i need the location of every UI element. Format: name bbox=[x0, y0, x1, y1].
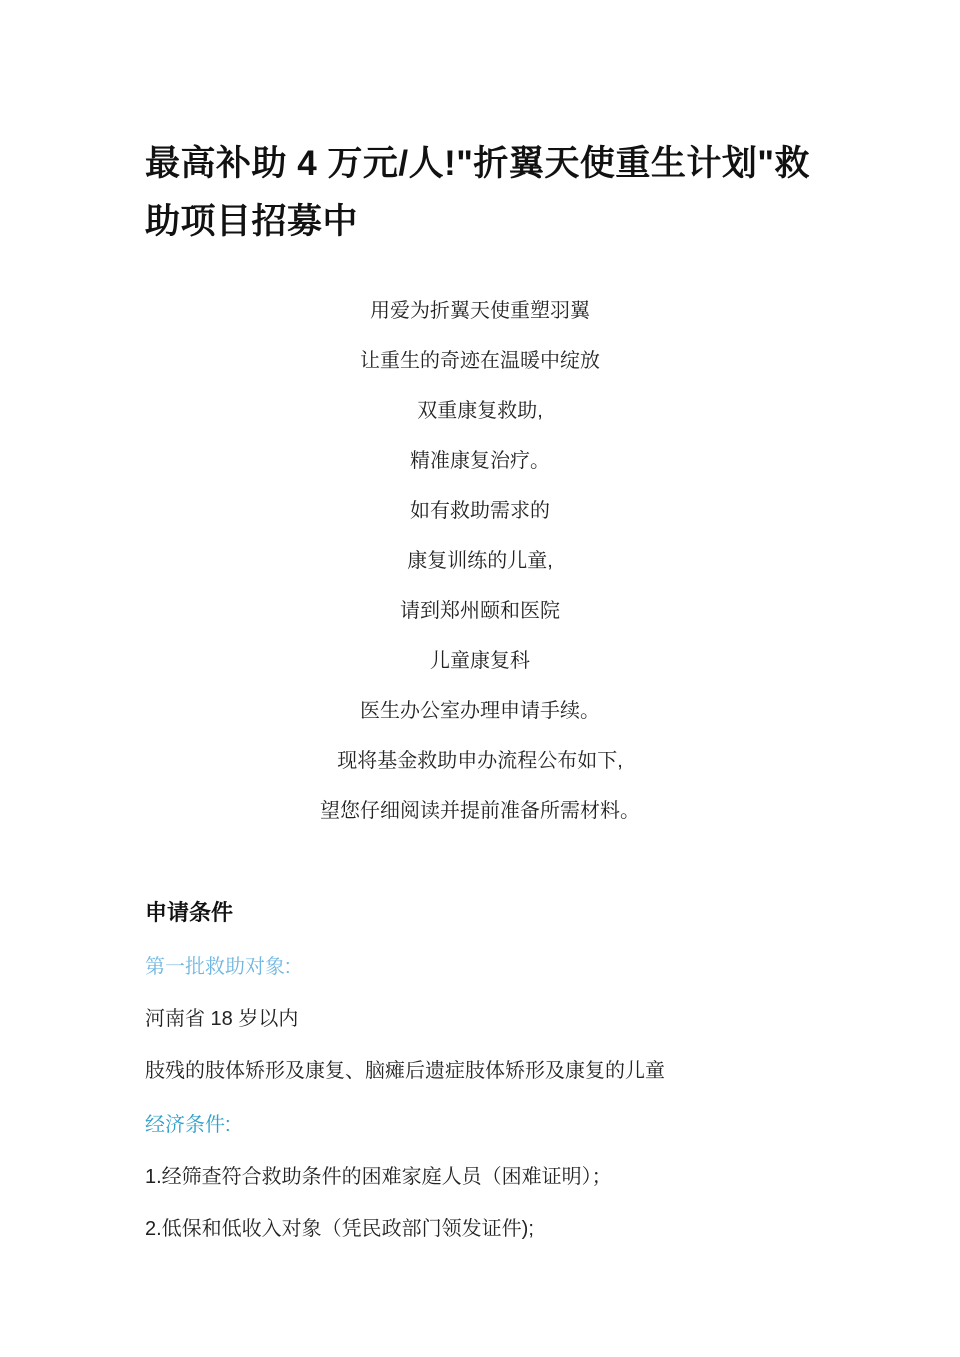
list-item-low-income: 2.低保和低收入对象（凭民政部门领发证件); bbox=[145, 1214, 815, 1244]
body-line-province-age: 河南省 18 岁以内 bbox=[145, 1004, 815, 1034]
intro-line: 精准康复治疗。 bbox=[145, 446, 815, 476]
page-title: 最高补助 4 万元/人!"折翼天使重生计划"救助项目招募中 bbox=[145, 135, 815, 251]
intro-line: 儿童康复科 bbox=[145, 646, 815, 676]
subsection-economic-conditions: 经济条件: 1.经筛查符合救助条件的困难家庭人员（困难证明）； 2.低保和低收入… bbox=[145, 1110, 815, 1244]
intro-line: 望您仔细阅读并提前准备所需材料。 bbox=[145, 796, 815, 826]
list-item-difficult-family: 1.经筛查符合救助条件的困难家庭人员（困难证明）； bbox=[145, 1162, 815, 1192]
intro-block: 用爱为折翼天使重塑羽翼 让重生的奇迹在温暖中绽放 双重康复救助, 精准康复治疗。… bbox=[145, 296, 815, 826]
sub-label-first-batch-targets: 第一批救助对象: bbox=[145, 952, 815, 982]
intro-line: 医生办公室办理申请手续。 bbox=[145, 696, 815, 726]
sub-label-economic-conditions: 经济条件: bbox=[145, 1110, 815, 1140]
intro-line: 用爱为折翼天使重塑羽翼 bbox=[145, 296, 815, 326]
intro-line: 请到郑州颐和医院 bbox=[145, 596, 815, 626]
intro-line: 如有救助需求的 bbox=[145, 496, 815, 526]
subsection-first-batch-targets: 第一批救助对象: 河南省 18 岁以内 肢残的肢体矫形及康复、脑瘫后遗症肢体矫形… bbox=[145, 952, 815, 1086]
intro-line: 康复训练的儿童, bbox=[145, 546, 815, 576]
section-heading-application-conditions: 申请条件 bbox=[145, 898, 815, 928]
intro-line: 双重康复救助, bbox=[145, 396, 815, 426]
intro-line: 现将基金救助申办流程公布如下, bbox=[145, 746, 815, 776]
document-page: 最高补助 4 万元/人!"折翼天使重生计划"救助项目招募中 用爱为折翼天使重塑羽… bbox=[0, 0, 960, 1326]
body-line-eligible-children: 肢残的肢体矫形及康复、脑瘫后遗症肢体矫形及康复的儿童 bbox=[145, 1056, 815, 1086]
intro-line: 让重生的奇迹在温暖中绽放 bbox=[145, 346, 815, 376]
